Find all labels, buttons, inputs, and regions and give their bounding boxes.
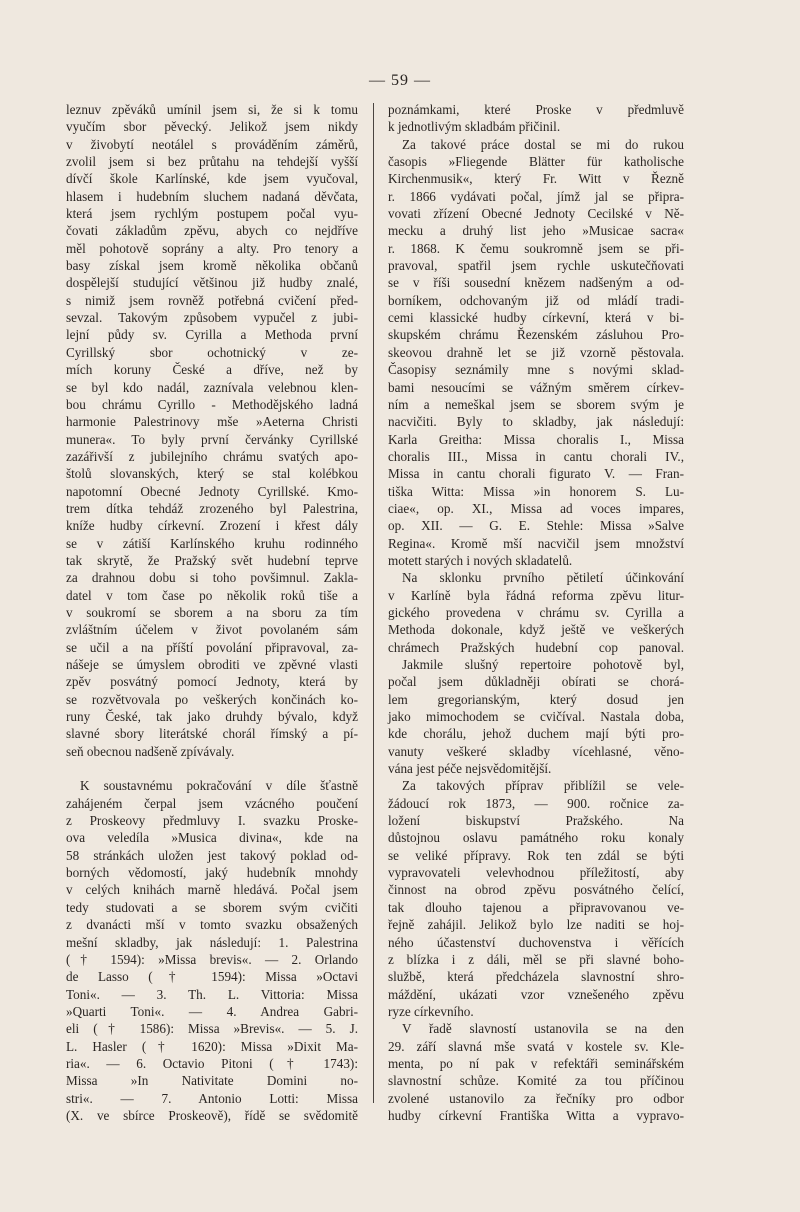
text-line: basy získal jsem kromě několika občanů bbox=[66, 257, 358, 274]
text-line: mecku a druhý list jeho »Musicae sacra« bbox=[388, 222, 684, 239]
text-line: zvolené ustanovilo za řečníky pro odbor bbox=[388, 1090, 684, 1107]
text-line: zahájeném čerpal jsem vzácného poučení bbox=[66, 795, 358, 812]
text-line: počal jsem důkladněji obírati se chorá- bbox=[388, 673, 684, 690]
text-line: kníže hudby církevní. Zrození i křest dá… bbox=[66, 517, 358, 534]
text-line: mích koruny České a dříve, než by bbox=[66, 361, 358, 378]
text-line: r. 1868. K čemu soukromně jsem se při- bbox=[388, 240, 684, 257]
text-line: z dvanácti mší v tomto svazku obsažených bbox=[66, 916, 358, 933]
text-line: napotomní Obecné Jednoty Cyrillské. Kmo- bbox=[66, 483, 358, 500]
text-line: r. 1866 vydávati počal, jímž jal se přip… bbox=[388, 188, 684, 205]
text-line: Za takových příprav přiblížil se vele- bbox=[388, 777, 684, 794]
text-line: zvláštním účelem v život povolaném sám bbox=[66, 621, 358, 638]
text-line: op. XII. — G. E. Stehle: Missa »Salve bbox=[388, 517, 684, 534]
text-line: v živobytí neotálel s prováděním záměrů, bbox=[66, 136, 358, 153]
text-line: tedy studovati a se sborem svým cvičiti bbox=[66, 899, 358, 916]
text-line: Toni«. — 3. Th. L. Vittoria: Missa bbox=[66, 986, 358, 1003]
text-line: sevzal. Takovým způsobem vypučel z jubi- bbox=[66, 309, 358, 326]
text-line: se v zátiší Karlínského kruhu rodinného bbox=[66, 535, 358, 552]
text-line: za drahnou dobu si toho povšimnul. Zakla… bbox=[66, 569, 358, 586]
text-line: se učil a na příští povolání připravoval… bbox=[66, 639, 358, 656]
text-line: z Proskeovy předmluvy I. svazku Proske- bbox=[66, 812, 358, 829]
text-line: činnost na obrod zpěvu posvátného čelící… bbox=[388, 881, 684, 898]
text-line: ním a nemeškal jsem se sborem svým je bbox=[388, 396, 684, 413]
text-line: dospělejší studující většinou již hudby … bbox=[66, 274, 358, 291]
text-line: zpěv posvátný pomocí Jednoty, která by bbox=[66, 673, 358, 690]
text-line: v soukromí se sborem a na sboru za tím bbox=[66, 604, 358, 621]
text-line: chrámech Pražských hudební cop panoval. bbox=[388, 639, 684, 656]
text-line: Missa in cantu chorali figurato V. — Fra… bbox=[388, 465, 684, 482]
text-line: menta, po ní pak v refektáři seminářském bbox=[388, 1055, 684, 1072]
text-line: mešní skladby, jak následují: 1. Palestr… bbox=[66, 934, 358, 951]
text-line: časopis »Fliegende Blätter für katholisc… bbox=[388, 153, 684, 170]
text-line: ria«. — 6. Octavio Pitoni († 1743): bbox=[66, 1055, 358, 1072]
text-line: štolů slovanských, který se stal kolébko… bbox=[66, 465, 358, 482]
text-line: s nimiž jsem rovněž potřebná cvičení pře… bbox=[66, 292, 358, 309]
text-line: poznámkami, které Proske v předmluvě bbox=[388, 101, 684, 118]
text-line: V řadě slavností ustanovila se na den bbox=[388, 1020, 684, 1037]
text-line: Kirchenmusik«, který Fr. Witt v Řezně bbox=[388, 170, 684, 187]
text-line: 58 stránkách uložen jest takový poklad o… bbox=[66, 847, 358, 864]
text-line: ova veledíla »Musica divina«, kde na bbox=[66, 829, 358, 846]
text-line: lejní půdy sv. Cyrilla a Methoda první bbox=[66, 326, 358, 343]
text-line: řejně zahájil. Jelikož bylo lze naditi s… bbox=[388, 916, 684, 933]
text-line: eli († 1586): Missa »Brevis«. — 5. J. bbox=[66, 1020, 358, 1037]
text-line: se rozvětvovala po veškerých končinách k… bbox=[66, 691, 358, 708]
text-line: důstojnou oslavu památného roku konaly bbox=[388, 829, 684, 846]
text-line: de Lasso († 1594): Missa »Octavi bbox=[66, 968, 358, 985]
text-line: motett starých i nových skladatelů. bbox=[388, 552, 684, 569]
text-line: bami nesoucími se vážným směrem církev- bbox=[388, 379, 684, 396]
right-column: poznámkami, které Proske v předmluvěk je… bbox=[388, 101, 684, 1124]
text-line: seň obecnou nadšeně zpívávaly. bbox=[66, 743, 358, 760]
text-line: tak skrytě, že Pražský svět hudební tepr… bbox=[66, 552, 358, 569]
text-line: Methoda dokonale, když ještě ve veškerýc… bbox=[388, 621, 684, 638]
text-line: vána jest péče nejsvědomitější. bbox=[388, 760, 684, 777]
text-line: choralis III., Missa in cantu chorali IV… bbox=[388, 448, 684, 465]
text-line: ciae«, op. XI., Missa ad voces impares, bbox=[388, 500, 684, 517]
text-line: Na sklonku prvního pětiletí účinkování bbox=[388, 569, 684, 586]
text-line: čovati základům zpěvu, abych co nejdříve bbox=[66, 222, 358, 239]
text-line: hudby církevní Františka Witta a vypravo… bbox=[388, 1107, 684, 1124]
text-line: Karla Greitha: Missa choralis I., Missa bbox=[388, 431, 684, 448]
page-number: — 59 — bbox=[0, 72, 800, 90]
text-line: se byl kdo nadál, zaznívala velebnou kle… bbox=[66, 379, 358, 396]
text-line: se veliké přípravy. Rok ten zdál se býti bbox=[388, 847, 684, 864]
text-line: borníkem, odchovaným již od mládí tradi- bbox=[388, 292, 684, 309]
text-line: harmonie Palestrinovy mše »Aeterna Chris… bbox=[66, 413, 358, 430]
text-line: z blízka i z dáli, měl se při slavné boh… bbox=[388, 951, 684, 968]
text-line: pravoval, spatřil jsem rychle uskutečňov… bbox=[388, 257, 684, 274]
text-line: († 1594): »Missa brevis«. — 2. Orlando bbox=[66, 951, 358, 968]
text-line: službě, která předcházela slavnostní shr… bbox=[388, 968, 684, 985]
text-line: tiška Witta: Missa »in honorem S. Lu- bbox=[388, 483, 684, 500]
text-line: munera«. To byly první červánky Cyrillsk… bbox=[66, 431, 358, 448]
text-line: Za takové práce dostal se mi do rukou bbox=[388, 136, 684, 153]
text-line: máždění, ukázati vzor vznešeného zpěvu bbox=[388, 986, 684, 1003]
text-line: měl pohotově soprány a alty. Pro tenory … bbox=[66, 240, 358, 257]
text-line: cemi klassické hudby církevní, která v b… bbox=[388, 309, 684, 326]
text-line: zazářivší z jubilejního chrámu svatých a… bbox=[66, 448, 358, 465]
text-line: vanuty veškeré skladby vícehlasné, věno- bbox=[388, 743, 684, 760]
text-line: L. Hasler († 1620): Missa »Dixit Ma- bbox=[66, 1038, 358, 1055]
text-line: »Quarti Toni«. — 4. Andrea Gabri- bbox=[66, 1003, 358, 1020]
text-line: která jsem rychlým postupem počal vyu- bbox=[66, 205, 358, 222]
text-line: ryze církevního. bbox=[388, 1003, 684, 1020]
text-line: trem dítka tehdáž zrozeného byl Palestri… bbox=[66, 500, 358, 517]
text-line: Časopisy seznámily mne s novými sklad- bbox=[388, 361, 684, 378]
text-line: v celých knihách marně hledává. Počal js… bbox=[66, 881, 358, 898]
text-line: leznuv zpěváků umínil jsem si, že si k t… bbox=[66, 101, 358, 118]
text-line: tak dlouho tajenou a připravovanou ve- bbox=[388, 899, 684, 916]
text-line: Missa »In Nativitate Domini no- bbox=[66, 1072, 358, 1089]
text-line: k jednotlivým skladbám přičinil. bbox=[388, 118, 684, 135]
text-line: dívčí škole Karlínské, kde jsem vyučoval… bbox=[66, 170, 358, 187]
text-line: ného účastenství duchovenstva i věřících bbox=[388, 934, 684, 951]
text-line: Regina«. Kromě mší nacvičil jsem množstv… bbox=[388, 535, 684, 552]
text-line: K soustavnému pokračování v díle šťastně bbox=[66, 777, 358, 794]
text-line: skeovou drahně let se již vzorně pěstova… bbox=[388, 344, 684, 361]
text-line: Cyrillský sbor ochotnický v ze- bbox=[66, 344, 358, 361]
text-line: ložení biskupství Pražského. Na bbox=[388, 812, 684, 829]
text-line: Jakmile slušný repertoire pohotově byl, bbox=[388, 656, 684, 673]
text-line: se v říši sousední knězem nadšeným a od- bbox=[388, 274, 684, 291]
text-line: gického provedena v chrámu sv. Cyrilla a bbox=[388, 604, 684, 621]
text-line: žádoucí rok 1873, — 900. ročnice za- bbox=[388, 795, 684, 812]
text-line: slavnostní schůze. Komité za tou příčino… bbox=[388, 1072, 684, 1089]
text-line: (X. ve sbírce Proskeově), řídě se svědom… bbox=[66, 1107, 358, 1124]
text-line: lem gregorianským, který dosud jen bbox=[388, 691, 684, 708]
text-line: 29. září slavná mše svatá v kostele sv. … bbox=[388, 1038, 684, 1055]
text-line: nacvičiti. Byly to skladby, jak následuj… bbox=[388, 413, 684, 430]
paragraph-gap bbox=[66, 760, 358, 777]
text-line: vovati zřízení Obecné Jednoty Cecilské v… bbox=[388, 205, 684, 222]
text-line: hlasem i hudebním sluchem nadaná děvčata… bbox=[66, 188, 358, 205]
column-divider bbox=[373, 103, 374, 1103]
text-line: skupském chrámu Řezenském zásluhou Pro- bbox=[388, 326, 684, 343]
left-column: leznuv zpěváků umínil jsem si, že si k t… bbox=[66, 101, 358, 1124]
text-line: runy České, tak jako druhdy bývalo, když bbox=[66, 708, 358, 725]
text-line: vypravovateli velevhodnou příležitostí, … bbox=[388, 864, 684, 881]
text-line: vyučím sbor pěvecký. Jelikož jsem nikdy bbox=[66, 118, 358, 135]
text-line: datel v tom čase po několik roků tiše a bbox=[66, 587, 358, 604]
text-line: stri«. — 7. Antonio Lotti: Missa bbox=[66, 1090, 358, 1107]
text-line: v Karlíně byla řádná reforma zpěvu litur… bbox=[388, 587, 684, 604]
text-line: slavné sbory literátské chorál římský a … bbox=[66, 725, 358, 742]
text-line: borných vědomostí, jaký hudebník mnohdy bbox=[66, 864, 358, 881]
text-line: jako mimochodem se cvičíval. Nastala dob… bbox=[388, 708, 684, 725]
text-line: kde chorálu, jehož duchem mají býti pro- bbox=[388, 725, 684, 742]
text-line: nášeje se úmyslem obroditi ve zpěvné vla… bbox=[66, 656, 358, 673]
text-line: bou chrámu Cyrillo - Methodějského ladná bbox=[66, 396, 358, 413]
text-line: zvolil jsem si bez průtahu na tehdejší v… bbox=[66, 153, 358, 170]
